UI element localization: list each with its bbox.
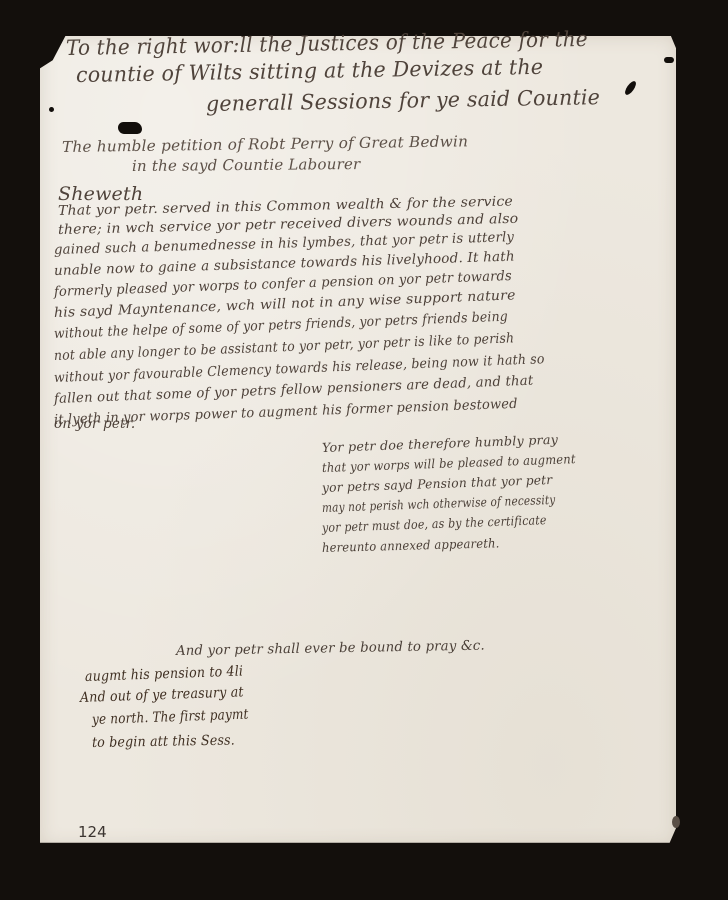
folio-number: 124: [78, 823, 107, 841]
paper-hole: [672, 816, 680, 828]
paper-hole: [664, 57, 674, 63]
order-note-line: to begin att this Sess.: [92, 733, 235, 751]
body-line: on yor petr.: [54, 416, 135, 432]
paper-hole: [118, 122, 142, 134]
image-stage: To the right wor:ll the Justices of the …: [0, 0, 728, 900]
petition-title-line: in the sayd Countie Labourer: [132, 155, 361, 175]
paper-hole: [49, 107, 54, 112]
